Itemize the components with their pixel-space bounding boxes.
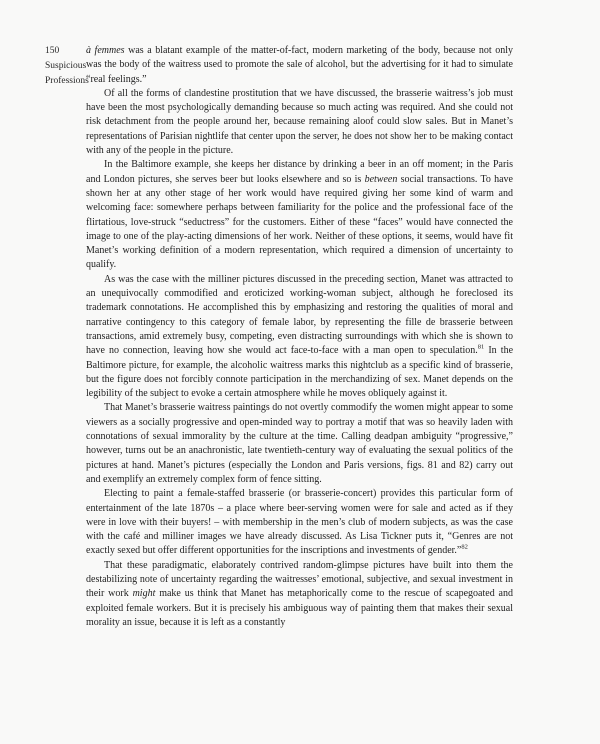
text-segment: That Manet’s brasserie waitress painting…: [86, 402, 513, 484]
paragraph: Electing to paint a female-staffed brass…: [86, 487, 513, 558]
text-segment: Of all the forms of clandestine prostitu…: [86, 88, 513, 156]
paragraph: Of all the forms of clandestine prostitu…: [86, 87, 513, 158]
book-page: 150 Suspicious Professions à femmes was …: [0, 0, 600, 744]
text-block: à femmes was a blatant example of the ma…: [86, 44, 513, 630]
text-segment: was a blatant example of the matter-of-f…: [86, 45, 513, 85]
text-segment: might: [133, 588, 156, 599]
text-segment: between: [365, 174, 398, 185]
paragraph: As was the case with the milliner pictur…: [86, 273, 513, 402]
paragraph: In the Baltimore example, she keeps her …: [86, 158, 513, 272]
text-segment: social transactions. To have shown her a…: [86, 174, 513, 271]
text-segment: Electing to paint a female-staffed brass…: [86, 488, 513, 556]
paragraph: à femmes was a blatant example of the ma…: [86, 44, 513, 87]
paragraph: That these paradigmatic, elaborately con…: [86, 559, 513, 630]
text-segment: As was the case with the milliner pictur…: [86, 274, 513, 356]
footnote-reference: 82: [461, 544, 468, 551]
paragraph: That Manet’s brasserie waitress painting…: [86, 401, 513, 487]
text-segment: à femmes: [86, 45, 125, 56]
